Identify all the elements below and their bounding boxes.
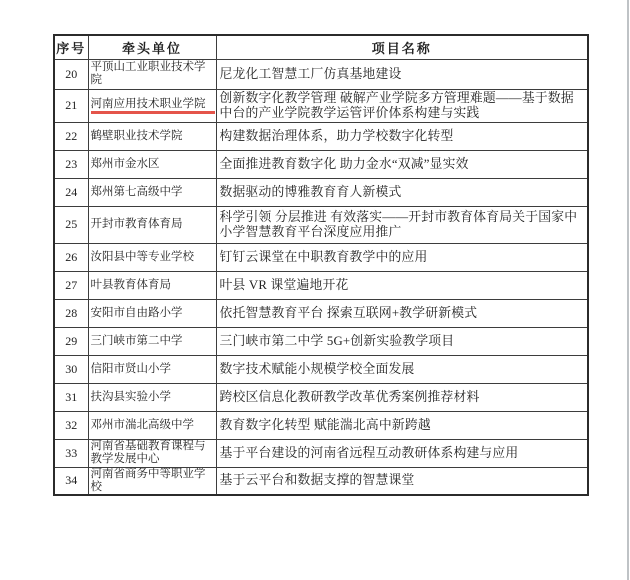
unit-text: 邓州市湍北高级中学 [91, 419, 215, 432]
row-index-cell: 23 [54, 150, 88, 178]
unit-text: 汝阳县中等专业学校 [91, 251, 215, 264]
header-project: 项目名称 [216, 35, 588, 59]
row-index-cell: 22 [54, 122, 88, 150]
unit-text-highlighted: 河南应用技术职业学院 [91, 98, 215, 114]
table-row: 32 邓州市湍北高级中学 教育数字化转型 赋能湍北高中新跨越 [54, 411, 588, 439]
row-index-cell: 33 [54, 439, 88, 467]
table-row: 33 河南省基础教育课程与教学发展中心 基于平台建设的河南省远程互动教研体系构建… [54, 439, 588, 467]
unit-cell: 郑州市金水区 [88, 150, 216, 178]
unit-cell: 鹤壁职业技术学院 [88, 122, 216, 150]
document-page: 序号 牵头单位 项目名称 20 平顶山工业职业技术学院 尼龙化工智慧工厂仿真基地… [0, 0, 630, 580]
table-row: 20 平顶山工业职业技术学院 尼龙化工智慧工厂仿真基地建设 [54, 59, 588, 89]
unit-cell: 河南省商务中等职业学校 [88, 467, 216, 495]
project-cell: 科学引领 分层推进 有效落实——开封市教育体育局关于国家中小学智慧教育平台深度应… [216, 206, 588, 243]
row-index-cell: 30 [54, 355, 88, 383]
project-cell: 钉钉云课堂在中职教育教学中的应用 [216, 243, 588, 271]
row-index-cell: 29 [54, 327, 88, 355]
unit-text: 信阳市贤山小学 [91, 363, 215, 376]
row-index-cell: 27 [54, 271, 88, 299]
project-cell: 跨校区信息化教研教学改革优秀案例推荐材料 [216, 383, 588, 411]
table-header-row: 序号 牵头单位 项目名称 [54, 35, 588, 59]
row-index-cell: 28 [54, 299, 88, 327]
unit-text: 叶县教育体育局 [91, 279, 215, 292]
project-cell: 教育数字化转型 赋能湍北高中新跨越 [216, 411, 588, 439]
row-index-cell: 31 [54, 383, 88, 411]
row-index-cell: 21 [54, 89, 88, 122]
project-cell: 数据驱动的博雅教育育人新模式 [216, 178, 588, 206]
table-row: 26 汝阳县中等专业学校 钉钉云课堂在中职教育教学中的应用 [54, 243, 588, 271]
table-row: 34 河南省商务中等职业学校 基于云平台和数据支撑的智慧课堂 [54, 467, 588, 495]
table-row: 30 信阳市贤山小学 数字技术赋能小规模学校全面发展 [54, 355, 588, 383]
project-cell: 数字技术赋能小规模学校全面发展 [216, 355, 588, 383]
unit-text: 开封市教育体育局 [91, 218, 215, 231]
table-row: 21 河南应用技术职业学院 创新数字化教学管理 破解产业学院多方管理难题——基于… [54, 89, 588, 122]
row-index-cell: 32 [54, 411, 88, 439]
project-table: 序号 牵头单位 项目名称 20 平顶山工业职业技术学院 尼龙化工智慧工厂仿真基地… [53, 34, 589, 496]
unit-text: 河南省基础教育课程与教学发展中心 [91, 440, 215, 466]
unit-text: 鹤壁职业技术学院 [91, 130, 215, 143]
project-cell: 创新数字化教学管理 破解产业学院多方管理难题——基于数据中台的产业学院教学运管评… [216, 89, 588, 122]
project-cell: 尼龙化工智慧工厂仿真基地建设 [216, 59, 588, 89]
unit-cell: 安阳市自由路小学 [88, 299, 216, 327]
row-index-cell: 26 [54, 243, 88, 271]
unit-text: 扶沟县实验小学 [91, 391, 215, 404]
project-cell: 构建数据治理体系，助力学校数字化转型 [216, 122, 588, 150]
unit-text: 郑州第七高级中学 [91, 186, 215, 199]
unit-text: 三门峡市第二中学 [91, 335, 215, 348]
project-cell: 依托智慧教育平台 探索互联网+教学研新模式 [216, 299, 588, 327]
unit-cell: 郑州第七高级中学 [88, 178, 216, 206]
unit-cell: 扶沟县实验小学 [88, 383, 216, 411]
table-row: 23 郑州市金水区 全面推进教育数字化 助力金水“双减”显实效 [54, 150, 588, 178]
table-row: 22 鹤壁职业技术学院 构建数据治理体系，助力学校数字化转型 [54, 122, 588, 150]
project-cell: 基于平台建设的河南省远程互动教研体系构建与应用 [216, 439, 588, 467]
table-row: 27 叶县教育体育局 叶县 VR 课堂遍地开花 [54, 271, 588, 299]
page-edge-line [627, 0, 629, 580]
unit-text: 郑州市金水区 [91, 158, 215, 171]
unit-cell: 开封市教育体育局 [88, 206, 216, 243]
table-row: 29 三门峡市第二中学 三门峡市第二中学 5G+创新实验教学项目 [54, 327, 588, 355]
row-index-cell: 20 [54, 59, 88, 89]
row-index-cell: 25 [54, 206, 88, 243]
header-unit: 牵头单位 [88, 35, 216, 59]
table-row: 24 郑州第七高级中学 数据驱动的博雅教育育人新模式 [54, 178, 588, 206]
unit-cell: 信阳市贤山小学 [88, 355, 216, 383]
table-row: 28 安阳市自由路小学 依托智慧教育平台 探索互联网+教学研新模式 [54, 299, 588, 327]
unit-cell: 河南应用技术职业学院 [88, 89, 216, 122]
table-row: 25 开封市教育体育局 科学引领 分层推进 有效落实——开封市教育体育局关于国家… [54, 206, 588, 243]
header-index: 序号 [54, 35, 88, 59]
unit-cell: 叶县教育体育局 [88, 271, 216, 299]
row-index-cell: 34 [54, 467, 88, 495]
unit-text: 河南省商务中等职业学校 [91, 468, 215, 494]
table-row: 31 扶沟县实验小学 跨校区信息化教研教学改革优秀案例推荐材料 [54, 383, 588, 411]
unit-cell: 三门峡市第二中学 [88, 327, 216, 355]
project-cell: 三门峡市第二中学 5G+创新实验教学项目 [216, 327, 588, 355]
project-cell: 叶县 VR 课堂遍地开花 [216, 271, 588, 299]
unit-text: 平顶山工业职业技术学院 [91, 61, 215, 87]
project-cell: 基于云平台和数据支撑的智慧课堂 [216, 467, 588, 495]
row-index-cell: 24 [54, 178, 88, 206]
unit-cell: 河南省基础教育课程与教学发展中心 [88, 439, 216, 467]
unit-cell: 平顶山工业职业技术学院 [88, 59, 216, 89]
project-cell: 全面推进教育数字化 助力金水“双减”显实效 [216, 150, 588, 178]
unit-text: 安阳市自由路小学 [91, 307, 215, 320]
unit-cell: 邓州市湍北高级中学 [88, 411, 216, 439]
unit-cell: 汝阳县中等专业学校 [88, 243, 216, 271]
